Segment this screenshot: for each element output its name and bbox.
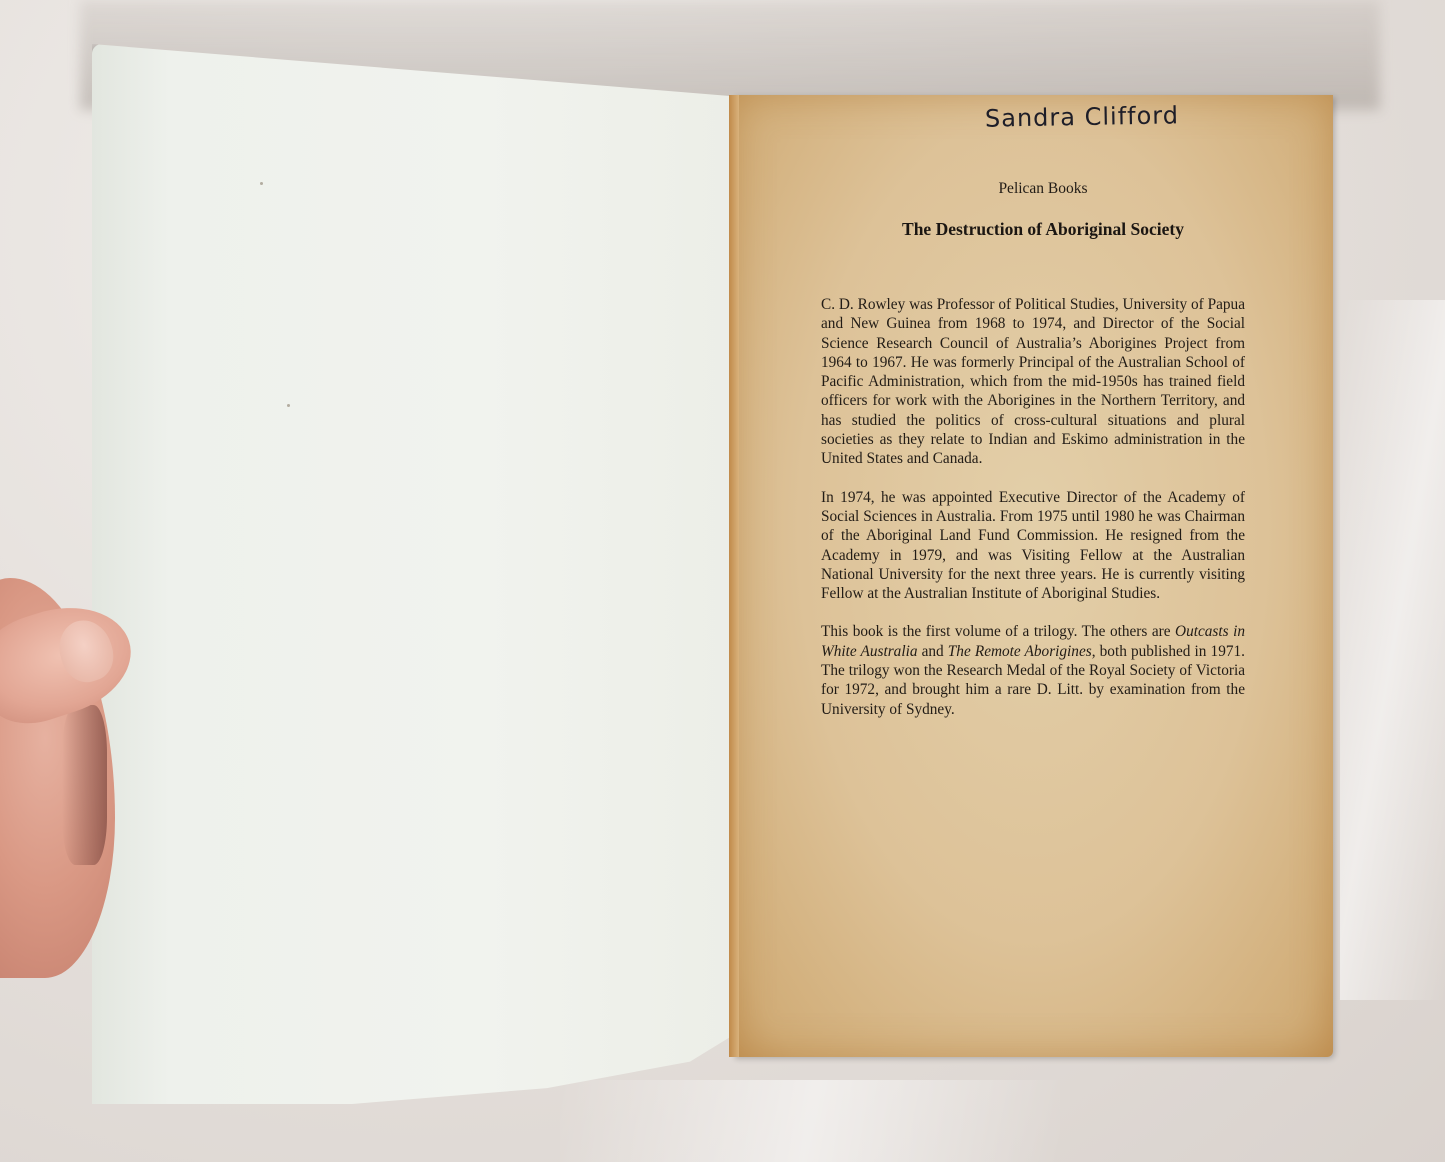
- left-blank-page: [92, 44, 742, 1104]
- hand-shadow: [62, 705, 107, 865]
- handwritten-signature: Sandra Clifford: [985, 101, 1179, 132]
- italic-title-remote: The Remote Aborigines: [948, 643, 1092, 660]
- book-title: The Destruction of Aboriginal Society: [733, 219, 1353, 240]
- page-speck: [287, 404, 290, 407]
- bio-paragraph-1: C. D. Rowley was Professor of Political …: [821, 295, 1245, 469]
- bio-paragraph-3: This book is the first volume of a trilo…: [821, 622, 1245, 718]
- cloth-fold: [560, 1080, 1060, 1162]
- bio-paragraph-2: In 1974, he was appointed Executive Dire…: [821, 488, 1245, 604]
- cloth-fold: [1340, 300, 1445, 1000]
- trilogy-text-middle: and: [917, 643, 947, 660]
- trilogy-text-before: This book is the first volume of a trilo…: [821, 623, 1175, 640]
- page-speck: [260, 182, 263, 185]
- author-biography: C. D. Rowley was Professor of Political …: [821, 295, 1245, 738]
- publisher-name: Pelican Books: [733, 180, 1353, 198]
- right-printed-page: Sandra Clifford Pelican Books The Destru…: [733, 95, 1333, 1057]
